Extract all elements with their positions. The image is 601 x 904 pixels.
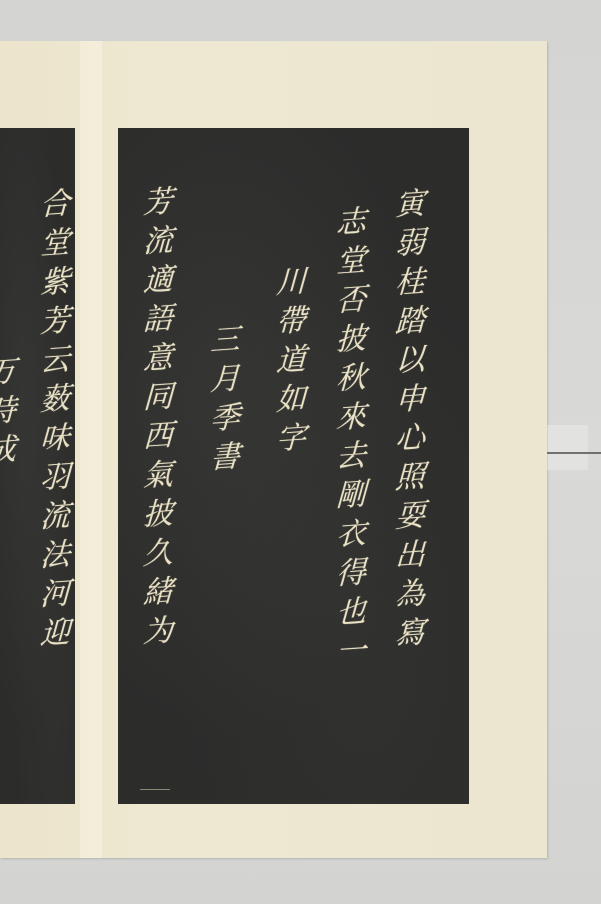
character: 意 — [143, 343, 174, 375]
character: 得 — [336, 558, 367, 590]
character: 三 — [210, 325, 241, 357]
character: 踏 — [395, 306, 426, 338]
calligraphy-column: 合 堂 紫 芳 云 薮 味 羽 流 法 河 迎 — [40, 190, 70, 658]
character: 芳 — [40, 306, 71, 338]
character: 流 — [40, 501, 71, 533]
character: 同 — [143, 382, 174, 414]
character: 來 — [336, 402, 367, 434]
calligraphy-column: 寅 弱 桂 踏 以 申 心 照 耍 出 為 寫 — [395, 190, 425, 658]
character: 剛 — [336, 480, 367, 512]
character: 時 — [0, 396, 16, 428]
character: 流 — [143, 226, 174, 258]
character: 道 — [276, 345, 307, 377]
character: 寫 — [395, 618, 426, 650]
character: 河 — [40, 579, 71, 611]
baseline-mark — [140, 789, 170, 790]
character: 云 — [40, 345, 71, 377]
page-gutter — [80, 41, 102, 858]
character: 薮 — [40, 384, 71, 416]
calligraphy-column-partial: 万 時 成 — [0, 358, 16, 475]
character: 適 — [143, 265, 174, 297]
character: 申 — [395, 384, 426, 416]
character: 以 — [395, 345, 426, 377]
side-tab-line — [547, 452, 601, 454]
character: 堂 — [40, 228, 71, 260]
character: 出 — [395, 540, 426, 572]
character: 為 — [395, 579, 426, 611]
side-tab — [547, 425, 588, 470]
character: 羽 — [40, 462, 71, 494]
rubbing-panel-right: 寅 弱 桂 踏 以 申 心 照 耍 出 為 寫 志 堂 否 披 秋 來 去 剛 … — [118, 128, 469, 804]
calligraphy-column-date: 三 月 季 書 — [210, 326, 240, 482]
character: 否 — [336, 285, 367, 317]
character: 迎 — [40, 618, 71, 650]
character: 成 — [0, 435, 16, 467]
character: 弱 — [395, 228, 426, 260]
character: 帶 — [276, 306, 307, 338]
character: 也 — [336, 597, 367, 629]
character: 久 — [143, 538, 174, 570]
character: 衣 — [336, 519, 367, 551]
character: 披 — [336, 324, 367, 356]
calligraphy-column: 志 堂 否 披 秋 來 去 剛 衣 得 也 一 — [336, 208, 366, 676]
character: 合 — [40, 189, 71, 221]
character: 秋 — [336, 363, 367, 395]
character: 味 — [40, 423, 71, 455]
character: 堂 — [336, 246, 367, 278]
character: 書 — [210, 442, 241, 474]
character: 一 — [336, 636, 367, 668]
calligraphy-column: 芳 流 適 語 意 同 西 氣 披 久 緒 为 — [143, 188, 173, 656]
character: 緒 — [143, 577, 174, 609]
character: 为 — [143, 616, 174, 648]
character: 心 — [395, 423, 426, 455]
character: 川 — [276, 267, 307, 299]
rubbing-panel-left: 合 堂 紫 芳 云 薮 味 羽 流 法 河 迎 万 時 成 — [0, 128, 75, 804]
character: 照 — [395, 462, 426, 494]
character: 月 — [210, 364, 241, 396]
character: 耍 — [395, 501, 426, 533]
character: 披 — [143, 499, 174, 531]
character: 字 — [276, 423, 307, 455]
character: 季 — [210, 403, 241, 435]
character: 去 — [336, 441, 367, 473]
character: 氣 — [143, 460, 174, 492]
character: 法 — [40, 540, 71, 572]
character: 語 — [143, 304, 174, 336]
calligraphy-column: 川 帶 道 如 字 — [276, 268, 306, 463]
character: 紫 — [40, 267, 71, 299]
character: 如 — [276, 384, 307, 416]
character: 志 — [336, 207, 367, 239]
character: 西 — [143, 421, 174, 453]
character: 寅 — [395, 189, 426, 221]
character: 万 — [0, 357, 16, 389]
character: 芳 — [143, 187, 174, 219]
character: 桂 — [395, 267, 426, 299]
